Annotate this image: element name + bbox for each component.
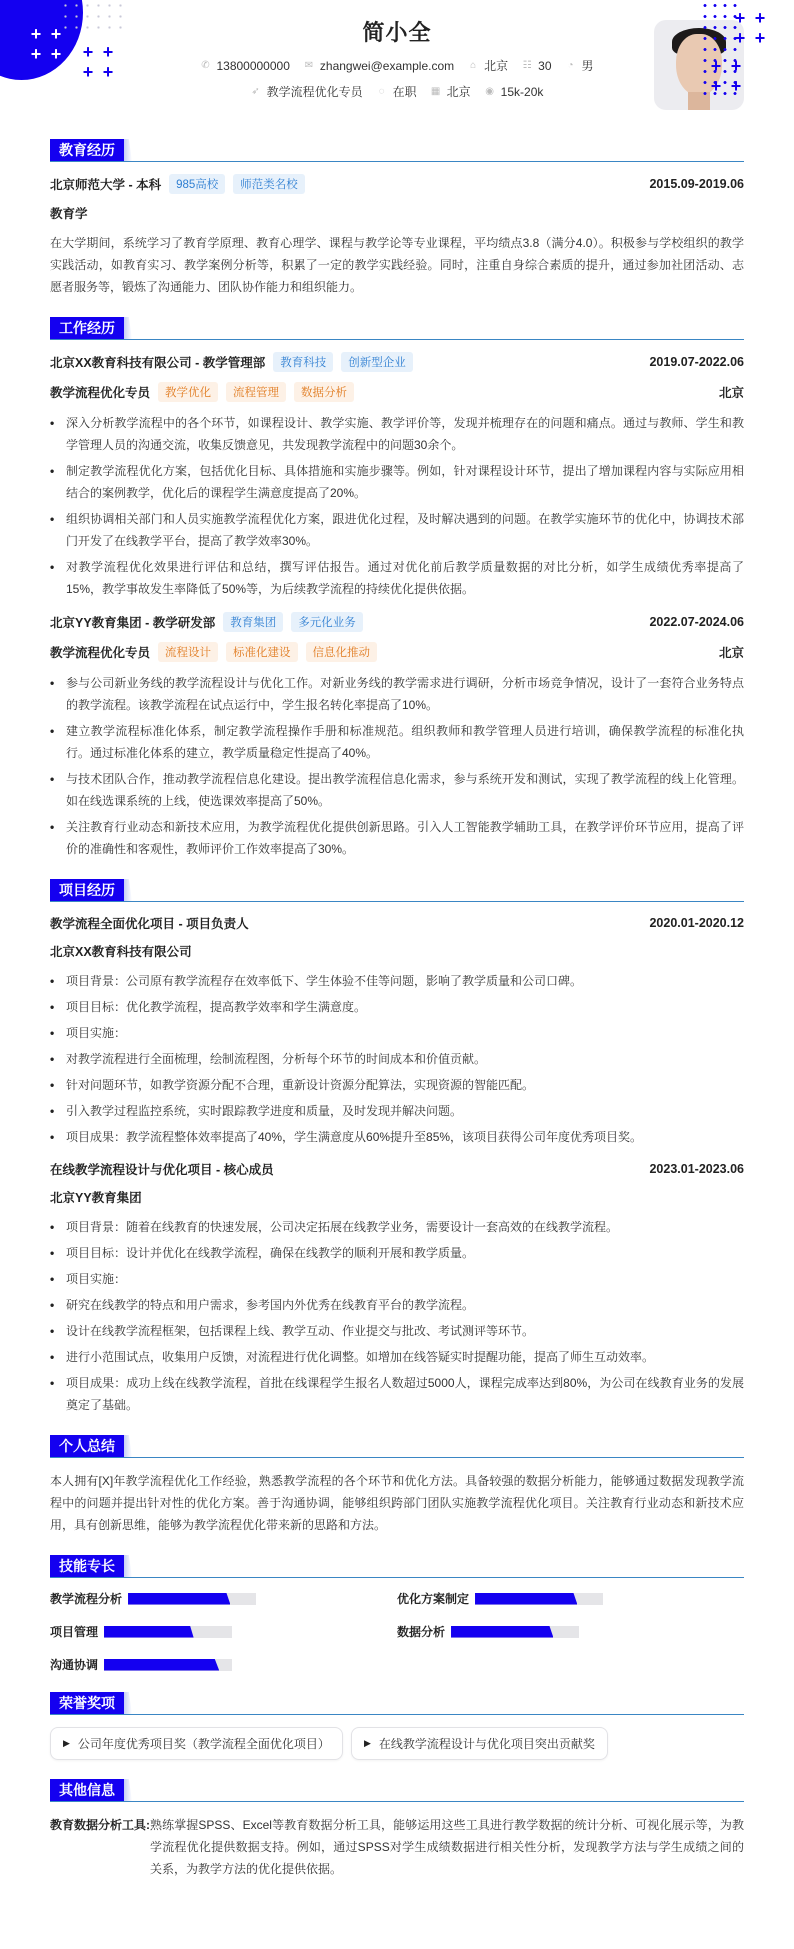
skill-bar <box>104 1626 232 1638</box>
list-item: 项目背景：随着在线教育的快速发展，公司决定拓展在线教学业务，需要设计一套高效的在… <box>50 1216 744 1238</box>
list-item: 进行小范围试点，收集用户反馈，对流程进行优化调整。如增加在线答疑实时提醒功能，提… <box>50 1346 744 1368</box>
list-item: 项目成果：教学流程整体效率提高了40%，学生满意度从60%提升至85%，该项目获… <box>50 1126 744 1148</box>
project-bullets: 项目背景：公司原有教学流程存在效率低下、学生体验不佳等问题，影响了教学质量和公司… <box>50 970 744 1148</box>
list-item: 引入教学过程监控系统，实时跟踪教学进度和质量，及时发现并解决问题。 <box>50 1100 744 1122</box>
list-item: 组织协调相关部门和人员实施教学流程优化方案，跟进优化过程，及时解决遇到的问题。在… <box>50 508 744 552</box>
other-value: 熟练掌握SPSS、Excel等教育数据分析工具，能够运用这些工具进行教学数据的统… <box>150 1814 744 1880</box>
school-name: 北京师范大学 - 本科 <box>50 175 161 193</box>
tag: 数据分析 <box>294 382 354 402</box>
skill-item: 教学流程分析 <box>50 1590 397 1607</box>
age-icon: ☷ <box>522 61 532 71</box>
list-item: 关注教育行业动态和新技术应用，为教学流程优化提供创新思路。引入人工智能教学辅助工… <box>50 816 744 860</box>
salary-icon: ◉ <box>485 87 495 97</box>
list-item: 与技术团队合作，推动教学流程信息化建设。提出教学流程信息化需求，参与系统开发和测… <box>50 768 744 812</box>
company-name: 北京YY教育集团 - 教学研发部 <box>50 613 215 631</box>
section-title: 工作经历 <box>50 317 124 339</box>
tag: 创新型企业 <box>341 352 413 372</box>
location: 北京 <box>719 383 744 401</box>
section-awards: 荣誉奖项 ▶公司年度优秀项目奖（教学流程全面优化项目） ▶在线教学流程设计与优化… <box>50 1691 744 1760</box>
list-item: 项目成果：成功上线在线教学流程，首批在线课程学生报名人数超过5000人，课程完成… <box>50 1372 744 1416</box>
education-description: 在大学期间，系统学习了教育学原理、教育心理学、课程与教学论等专业课程，平均绩点3… <box>50 232 744 298</box>
plus-pattern-icon: ++++ <box>706 56 746 96</box>
project-entry: 在线教学流程设计与优化项目 - 核心成员 2023.01-2023.06 北京Y… <box>50 1160 744 1416</box>
skill-bar <box>475 1593 603 1605</box>
contact-age: ☷30 <box>522 57 551 74</box>
work-bullets: 深入分析教学流程中的各个环节，如课程设计、教学实施、教学评价等，发现并梳理存在的… <box>50 412 744 600</box>
list-item: 设计在线教学流程框架，包括课程上线、教学互动、作业提交与批改、考试测评等环节。 <box>50 1320 744 1342</box>
date-range: 2020.01-2020.12 <box>649 916 744 930</box>
project-org: 北京XX教育科技有限公司 <box>50 942 192 960</box>
skill-bar <box>128 1593 256 1605</box>
project-entry: 教学流程全面优化项目 - 项目负责人 2020.01-2020.12 北京XX教… <box>50 914 744 1148</box>
section-other: 其他信息 教育数据分析工具: 熟练掌握SPSS、Excel等教育数据分析工具，能… <box>50 1778 744 1880</box>
tag: 信息化推动 <box>306 642 378 662</box>
section-summary: 个人总结 本人拥有[X]年教学流程优化工作经验，熟悉教学流程的各个环节和优化方法… <box>50 1434 744 1536</box>
location: 北京 <box>719 643 744 661</box>
contact-home: ⌂北京 <box>468 57 508 74</box>
skill-item: 优化方案制定 <box>397 1590 744 1607</box>
intent-city: ▦北京 <box>431 83 471 100</box>
skill-item: 沟通协调 <box>50 1656 397 1673</box>
intent-position: ➶教学流程优化专员 <box>251 83 363 100</box>
list-item: 项目背景：公司原有教学流程存在效率低下、学生体验不佳等问题，影响了教学质量和公司… <box>50 970 744 992</box>
contact-email: ✉zhangwei@example.com <box>304 57 454 74</box>
work-entry: 北京YY教育集团 - 教学研发部 教育集团 多元化业务 2022.07-2024… <box>50 612 744 860</box>
list-item: 针对问题环节，如教学资源分配不合理，重新设计资源分配算法，实现资源的智能匹配。 <box>50 1074 744 1096</box>
section-title: 其他信息 <box>50 1779 124 1801</box>
list-item: 深入分析教学流程中的各个环节，如课程设计、教学实施、教学评价等，发现并梳理存在的… <box>50 412 744 456</box>
summary-text: 本人拥有[X]年教学流程优化工作经验，熟悉教学流程的各个环节和优化方法。具备较强… <box>50 1470 744 1536</box>
contact-row: ✆13800000000 ✉zhangwei@example.com ⌂北京 ☷… <box>50 57 744 74</box>
city-icon: ▦ <box>431 87 441 97</box>
skill-bar <box>104 1659 232 1671</box>
work-entry: 北京XX教育科技有限公司 - 教学管理部 教育科技 创新型企业 2019.07-… <box>50 352 744 600</box>
list-item: 项目实施： <box>50 1022 744 1044</box>
intent-row: ➶教学流程优化专员 ◌在职 ▦北京 ◉15k-20k <box>50 83 744 100</box>
triangle-right-icon: ▶ <box>364 1738 371 1749</box>
skill-item: 项目管理 <box>50 1623 397 1640</box>
tag: 流程设计 <box>158 642 218 662</box>
section-title: 个人总结 <box>50 1435 124 1457</box>
section-projects: 项目经历 教学流程全面优化项目 - 项目负责人 2020.01-2020.12 … <box>50 878 744 1416</box>
tag: 教育集团 <box>223 612 283 632</box>
project-org: 北京YY教育集团 <box>50 1188 142 1206</box>
list-item: 参与公司新业务线的教学流程设计与优化工作。对新业务线的教学需求进行调研，分析市场… <box>50 672 744 716</box>
section-education: 教育经历 北京师范大学 - 本科 985高校 师范类名校 2015.09-201… <box>50 138 744 298</box>
intent-status: ◌在职 <box>377 83 417 100</box>
contact-gender: ◔男 <box>566 57 594 74</box>
skills-grid: 教学流程分析 优化方案制定 项目管理 数据分析 沟通协调 <box>50 1590 744 1673</box>
tag: 多元化业务 <box>291 612 363 632</box>
list-item: 项目目标：设计并优化在线教学流程，确保在线教学的顺利开展和教学质量。 <box>50 1242 744 1264</box>
list-item: 对教学流程优化效果进行评估和总结，撰写评估报告。通过对优化前后教学质量数据的对比… <box>50 556 744 600</box>
resume-page: ++++ ++++ ++++ ++++ 简小全 ✆13800000000 ✉zh… <box>0 0 794 1949</box>
section-title: 教育经历 <box>50 139 124 161</box>
awards-list: ▶公司年度优秀项目奖（教学流程全面优化项目） ▶在线教学流程设计与优化项目突出贡… <box>50 1727 744 1760</box>
list-item: 研究在线教学的特点和用户需求，参考国内外优秀在线教育平台的教学流程。 <box>50 1294 744 1316</box>
role-title: 教学流程优化专员 <box>50 383 150 401</box>
mail-icon: ✉ <box>304 61 314 71</box>
tag: 教育科技 <box>273 352 333 372</box>
plus-pattern-icon: ++++ <box>730 8 770 48</box>
resume-header: 简小全 ✆13800000000 ✉zhangwei@example.com ⌂… <box>50 0 744 120</box>
education-entry: 北京师范大学 - 本科 985高校 师范类名校 2015.09-2019.06 … <box>50 174 744 298</box>
project-name: 在线教学流程设计与优化项目 - 核心成员 <box>50 1160 274 1178</box>
list-item: 项目实施： <box>50 1268 744 1290</box>
award-item: ▶公司年度优秀项目奖（教学流程全面优化项目） <box>50 1727 343 1760</box>
tag: 985高校 <box>169 174 225 194</box>
skill-item: 数据分析 <box>397 1623 744 1640</box>
major: 教育学 <box>50 204 88 222</box>
date-range: 2023.01-2023.06 <box>649 1162 744 1176</box>
role-title: 教学流程优化专员 <box>50 643 150 661</box>
triangle-right-icon: ▶ <box>63 1738 70 1749</box>
tag: 标准化建设 <box>226 642 298 662</box>
list-item: 项目目标：优化教学流程，提高教学效率和学生满意度。 <box>50 996 744 1018</box>
tag: 师范类名校 <box>233 174 305 194</box>
date-range: 2022.07-2024.06 <box>649 615 744 629</box>
tag: 教学优化 <box>158 382 218 402</box>
list-item: 制定教学流程优化方案，包括优化目标、具体措施和实施步骤等。例如，针对课程设计环节… <box>50 460 744 504</box>
work-bullets: 参与公司新业务线的教学流程设计与优化工作。对新业务线的教学需求进行调研，分析市场… <box>50 672 744 860</box>
candidate-name: 简小全 <box>50 0 744 47</box>
list-item: 建立教学流程标准化体系，制定教学流程操作手册和标准规范。组织教师和教学管理人员进… <box>50 720 744 764</box>
section-title: 荣誉奖项 <box>50 1692 124 1714</box>
section-title: 项目经历 <box>50 879 124 901</box>
gender-icon: ◔ <box>566 61 576 71</box>
project-bullets: 项目背景：随着在线教育的快速发展，公司决定拓展在线教学业务，需要设计一套高效的在… <box>50 1216 744 1416</box>
date-range: 2015.09-2019.06 <box>649 177 744 191</box>
status-icon: ◌ <box>377 87 387 97</box>
section-title: 技能专长 <box>50 1555 124 1577</box>
list-item: 对教学流程进行全面梳理，绘制流程图，分析每个环节的时间成本和价值贡献。 <box>50 1048 744 1070</box>
contact-phone: ✆13800000000 <box>200 57 289 74</box>
phone-icon: ✆ <box>200 61 210 71</box>
section-skills: 技能专长 教学流程分析 优化方案制定 项目管理 数据分析 沟通协调 <box>50 1554 744 1673</box>
skill-bar <box>451 1626 579 1638</box>
tag: 流程管理 <box>226 382 286 402</box>
section-work: 工作经历 北京XX教育科技有限公司 - 教学管理部 教育科技 创新型企业 201… <box>50 316 744 860</box>
other-key: 教育数据分析工具: <box>50 1814 150 1880</box>
date-range: 2019.07-2022.06 <box>649 355 744 369</box>
project-name: 教学流程全面优化项目 - 项目负责人 <box>50 914 249 932</box>
company-name: 北京XX教育科技有限公司 - 教学管理部 <box>50 353 265 371</box>
position-icon: ➶ <box>251 87 261 97</box>
other-item: 教育数据分析工具: 熟练掌握SPSS、Excel等教育数据分析工具，能够运用这些… <box>50 1814 744 1880</box>
home-icon: ⌂ <box>468 61 478 71</box>
intent-salary: ◉15k-20k <box>485 83 544 100</box>
award-item: ▶在线教学流程设计与优化项目突出贡献奖 <box>351 1727 608 1760</box>
